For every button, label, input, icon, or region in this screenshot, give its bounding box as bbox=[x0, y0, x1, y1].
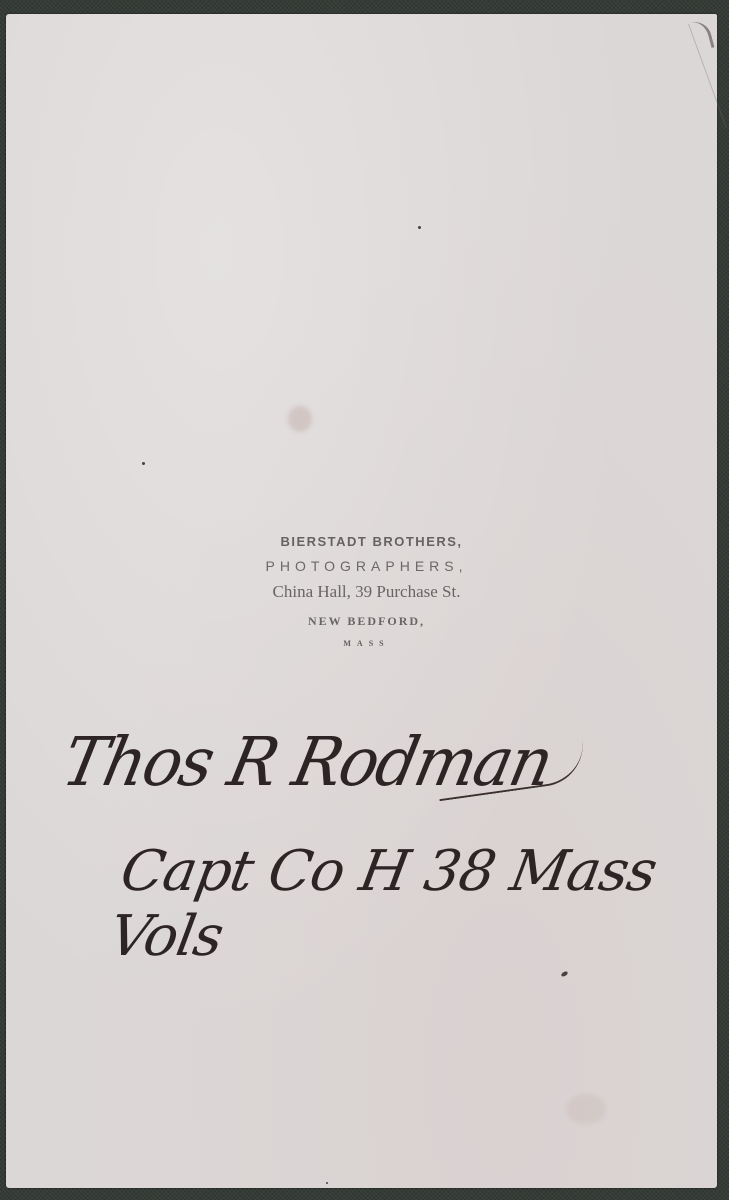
handwritten-name: Thos R Rodman bbox=[56, 724, 558, 802]
studio-city: NEW BEDFORD, bbox=[16, 614, 717, 629]
stain bbox=[288, 406, 312, 432]
studio-state: MASS bbox=[16, 639, 717, 648]
studio-name: BIERSTADT BROTHERS, bbox=[26, 534, 717, 549]
photograph-card-back: BIERSTADT BROTHERS, PHOTOGRAPHERS, China… bbox=[6, 14, 717, 1188]
speck bbox=[142, 462, 145, 465]
speck bbox=[560, 971, 568, 978]
speck bbox=[326, 1182, 328, 1184]
studio-imprint: BIERSTADT BROTHERS, PHOTOGRAPHERS, China… bbox=[6, 534, 717, 648]
speck bbox=[418, 226, 421, 229]
stain bbox=[566, 1094, 606, 1124]
studio-profession: PHOTOGRAPHERS, bbox=[16, 558, 717, 574]
corner-curl bbox=[690, 18, 714, 51]
handwritten-rank: Capt Co H 38 Mass Vols bbox=[105, 839, 729, 969]
studio-address: China Hall, 39 Purchase St. bbox=[16, 582, 717, 602]
